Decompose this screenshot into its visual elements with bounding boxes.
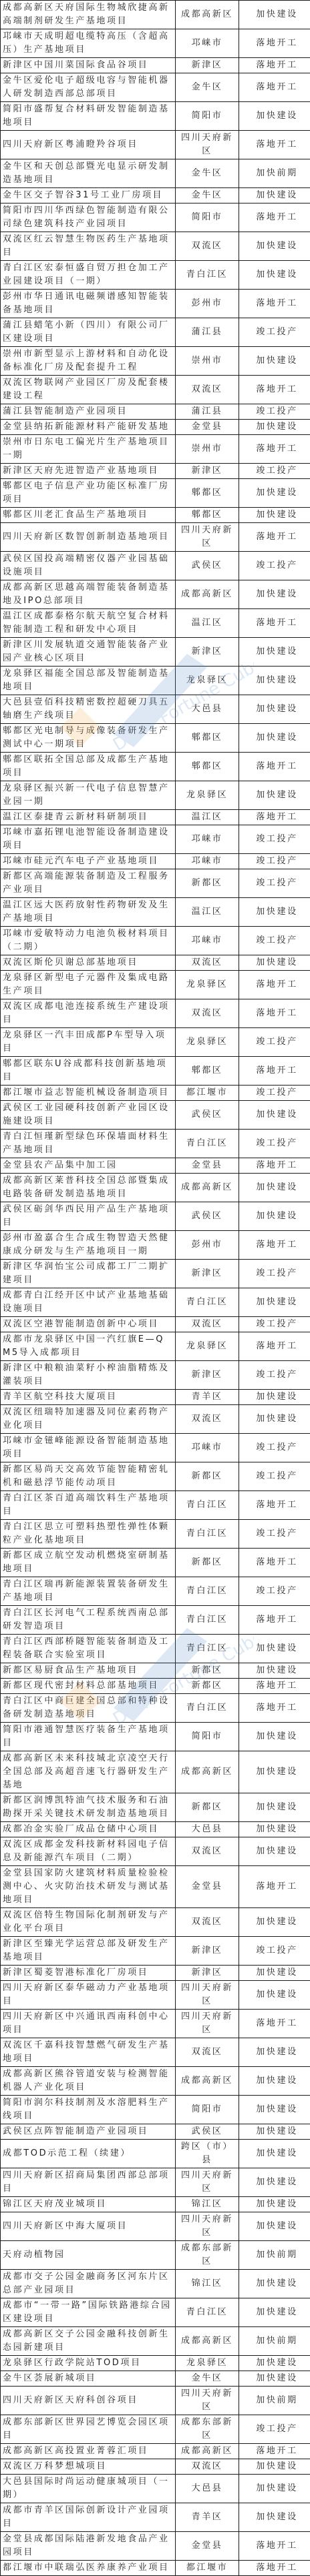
project-name-cell: 金堂县纳拓新能源材料产能研发基地	[1, 420, 176, 435]
project-name-cell: 简阳市四川华西绿色智能制造有限公司绿色建筑科技产业园项目	[1, 203, 176, 232]
district-cell: 新津区	[176, 58, 239, 73]
project-name-cell: 成都市交子公园金融商务区河东片区总部产业园项目	[1, 2270, 176, 2298]
table-row: 成都青白江经开区中试产业基地基础设施项目青白江区加快建设	[1, 1288, 310, 1317]
table-row: 简阳市润尔科技制剂及水溶肥料生产线项目简阳市加快建设	[1, 2096, 310, 2124]
table-row: 金牛区爱伦电子超级电容与智能机器人研发制造西部总部项目金牛区落地开工	[1, 73, 310, 102]
district-cell: 大邑县	[176, 695, 239, 724]
district-cell: 金牛区	[176, 159, 239, 188]
project-name-cell: 金堂县农产品集中加工园	[1, 1158, 176, 1174]
table-row: 武侯区国投高端精密仪器产业园基础设施项目武侯区竣工投产	[1, 552, 310, 580]
table-row: 崇州市新型显示上游材料和自动化设备标准化厂房及配套提升工程崇州市加快建设	[1, 347, 310, 376]
table-row: 新都区易尚天交高效节能智能精密轧机和磁悬浮节能传动项目新都区竣工投产	[1, 1462, 310, 1491]
table-row: 成都市龙泉驿区中国一汽红旗E—QM5导入成都项目龙泉驿区落地开工	[1, 1332, 310, 1361]
district-cell: 成都东部新区	[176, 2241, 239, 2270]
status-cell: 加快建设	[239, 2270, 310, 2298]
district-cell: 温江区	[176, 898, 239, 927]
project-name-cell: 龙泉驿区福能全国总部及智能制造基地项目	[1, 667, 176, 695]
table-row: 双流区千嘉科技智慧燃气研发生产基地项目双流区加快建设	[1, 2038, 310, 2067]
status-cell: 加快建设	[239, 724, 310, 753]
status-cell: 竣工投产	[239, 552, 310, 580]
project-name-cell: 四川天府新区招商局集团西部总部项目	[1, 2168, 176, 2197]
district-cell: 蒲江县	[176, 404, 239, 420]
table-row: 四川天府新区中兴通讯西南科创中心项目四川天府新区落地开工	[1, 2010, 310, 2038]
district-cell: 双流区	[176, 1908, 239, 1937]
project-name-cell: 龙泉驿区新型电子元器件及集成电路生产项目	[1, 971, 176, 999]
project-name-cell: 崇州市新型显示上游材料和自动化设备标准化厂房及配套提升工程	[1, 347, 176, 376]
status-cell: 竣工投产	[239, 854, 310, 869]
project-name-cell: 新都区易厨食品生产基地项目	[1, 1663, 176, 1679]
district-cell: 双流区	[176, 1317, 239, 1332]
project-name-cell: 锦江区天府茂业城项目	[1, 2197, 176, 2212]
status-cell: 落地开工	[239, 1332, 310, 1361]
status-cell: 落地开工	[239, 2532, 310, 2561]
table-row: 彭州市盈嘉合生合成生物智造天然健康成分研发与生产基地项目一期彭州市落地开工	[1, 1231, 310, 1260]
status-cell: 落地开工	[239, 73, 310, 102]
district-cell: 跨区（市）县	[176, 2140, 239, 2168]
table-row: 四川天府新区招商局集团西部总部项目四川天府新区加快建设	[1, 2168, 310, 2197]
status-cell: 加快建设	[239, 420, 310, 435]
district-cell: 新都区	[176, 1679, 239, 1694]
project-name-cell: 青白江区中商巨建全国总部和特种设备研发制造基地项目	[1, 1694, 176, 1723]
status-cell: 加快建设	[239, 2067, 310, 2096]
status-cell: 竣工投产	[239, 1130, 310, 1158]
status-cell: 竣工投产	[239, 1086, 310, 1101]
status-cell: 加快建设	[239, 1908, 310, 1937]
project-name-cell: 成都高新区莱普科技全国总部暨集成电路装备研发制造基地项目	[1, 1174, 176, 1202]
project-name-cell: 大邑县国际时尚运动健康城项目（一期）	[1, 2475, 176, 2503]
district-cell: 四川天府新区	[176, 2387, 239, 2415]
table-row: 武侯区工业园硬科技创新产业园区设施建设项目武侯区加快建设	[1, 1101, 310, 1130]
project-name-cell: 简阳市港通智慧医疗装备生产基地项目	[1, 1723, 176, 1751]
project-name-cell: 青白江区思立可塑料热塑性弹性体颗粒产业化基地项目	[1, 1520, 176, 1549]
project-name-cell: 四川天府新区天府科创谷项目	[1, 2387, 176, 2415]
project-table: 成都高新区天府国际生物城欣捷高新高端制剂研发生产基地项目成都高新区加快建设邛崃市…	[0, 0, 310, 2576]
project-name-cell: 郫都区联东U谷成都科技创新基地项目	[1, 1057, 176, 1086]
district-cell: 新都区	[176, 1663, 239, 1679]
table-row: 龙泉驿区福能全国总部及智能制造基地项目龙泉驿区加快建设	[1, 667, 310, 695]
table-row: 青羊区航空科技大厦项目青羊区加快建设	[1, 1390, 310, 1405]
district-cell: 崇州市	[176, 435, 239, 464]
district-cell: 青白江区	[176, 1635, 239, 1663]
status-cell: 竣工投产	[239, 464, 310, 479]
district-cell: 温江区	[176, 810, 239, 825]
status-cell: 加快建设	[239, 580, 310, 609]
table-row: 新都区现代密封材料总部基地项目新都区落地开工	[1, 1679, 310, 1694]
project-name-cell: 温江区远大医药放射性药物研发及生产基地项目	[1, 898, 176, 927]
district-cell: 新津区	[176, 1361, 239, 1390]
project-name-cell: 双流区成都电池连接系统生产建设项目	[1, 999, 176, 1028]
district-cell: 青白江区	[176, 2298, 239, 2327]
district-cell: 简阳市	[176, 1723, 239, 1751]
project-name-cell: 温江区成都泰格尔航天航空复合材料智能制造工程和研发中心项目	[1, 609, 176, 638]
status-cell: 竣工投产	[239, 318, 310, 347]
project-name-cell: 成都高新区交子公园金融科技创新生态园新建项目	[1, 2327, 176, 2356]
project-name-cell: 青白江区长河电气工程系统西南总部研发智造项目	[1, 1606, 176, 1635]
district-cell: 双流区	[176, 999, 239, 1028]
table-row: 金堂县农产品集中加工园金堂县落地开工	[1, 1158, 310, 1174]
table-row: 双流区万科梦想城项目双流区加快建设	[1, 2459, 310, 2475]
project-name-cell: 新都区润博凯特油气技术服务和石油勘探开采关键技术研发制造基地项目	[1, 1793, 176, 1822]
project-name-cell: 天府动植物园	[1, 2241, 176, 2270]
status-cell: 加快建设	[239, 955, 310, 971]
district-cell: 武侯区	[176, 1202, 239, 1231]
district-cell: 蒲江县	[176, 318, 239, 347]
district-cell: 金牛区	[176, 73, 239, 102]
district-cell: 简阳市	[176, 2096, 239, 2124]
district-cell: 简阳市	[176, 203, 239, 232]
table-row: 郫都区光电制导与成像装备研发生产测试中心一期项目郫都区加快建设	[1, 724, 310, 753]
status-cell: 落地开工	[239, 131, 310, 159]
table-row: 崇州市日东电工偏光片生产基地项目一期崇州市落地开工	[1, 435, 310, 464]
project-name-cell: 青羊区航空科技大厦项目	[1, 1390, 176, 1405]
status-cell: 落地开工	[239, 1679, 310, 1694]
project-name-cell: 青白江区茶百道高端饮料生产基地项目	[1, 1491, 176, 1520]
district-cell: 郫都区	[176, 508, 239, 523]
table-row: 邛崃市硅元汽车电子产业基地项目邛崃市竣工投产	[1, 854, 310, 869]
table-row: 青白江区长河电气工程系统西南总部研发智造项目青白江区落地开工	[1, 1606, 310, 1635]
district-cell: 四川天府新区	[176, 2168, 239, 2197]
district-cell: 大邑县	[176, 2475, 239, 2503]
table-row: 成都高新区思越高端智能装备制造基地及IPO总部项目成都高新区加快建设	[1, 580, 310, 609]
district-cell: 成都高新区	[176, 2327, 239, 2356]
district-cell: 金牛区	[176, 2371, 239, 2387]
status-cell: 落地开工	[239, 1231, 310, 1260]
district-cell: 金堂县	[176, 1158, 239, 1174]
status-cell: 落地开工	[239, 2010, 310, 2038]
project-name-cell: 武侯区国投高端精密仪器产业园基础设施项目	[1, 552, 176, 580]
status-cell: 加快建设	[239, 1390, 310, 1405]
table-row: 郫都区联东U谷成都科技创新基地项目郫都区落地开工	[1, 1057, 310, 1086]
district-cell: 龙泉驿区	[176, 781, 239, 810]
district-cell: 成都高新区	[176, 2444, 239, 2459]
district-cell: 双流区	[176, 955, 239, 971]
table-row: 郫都区联拓全国总部及成都生产基地项目郫都区落地开工	[1, 753, 310, 781]
table-row: 金堂县国家防火建筑材料质量检验检测中心、火灾防治技术研发与测试基地项目金堂县落地…	[1, 1866, 310, 1908]
table-row: 新津区华润怡宝公司成都工厂二期扩建项目新津区竣工投产	[1, 1260, 310, 1288]
project-name-cell: 邛崃市嘉拓锂电池智能设备制造建设项目	[1, 825, 176, 854]
table-row: 金牛区和天创总部暨光电显示研发制造基地项目金牛区加快前期	[1, 159, 310, 188]
status-cell: 加快建设	[239, 2212, 310, 2241]
district-cell: 新都区	[176, 1793, 239, 1822]
district-cell: 成都高新区	[176, 2067, 239, 2096]
table-row: 邛崃市嘉拓锂电池智能设备制造建设项目邛崃市竣工投产	[1, 825, 310, 854]
district-cell: 青白江区	[176, 1520, 239, 1549]
status-cell: 加快建设	[239, 1288, 310, 1317]
status-cell: 竣工投产	[239, 1317, 310, 1332]
project-name-cell: 新津区川发展轨道交通智能装备产业园产业核心区项目	[1, 638, 176, 667]
project-name-cell: 金牛区交子智谷31号工业厂房项目	[1, 188, 176, 203]
district-cell: 成都高新区	[176, 1174, 239, 1202]
project-name-cell: 邛崃市金镃峰能源设备智能制造基地项目	[1, 1434, 176, 1462]
project-name-cell: 金牛区和天创总部暨光电显示研发制造基地项目	[1, 159, 176, 188]
project-name-cell: 武侯区砺剑华西民用产品生产基地项目	[1, 1202, 176, 1231]
table-row: 温江区成都泰格尔航天航空复合材料智能制造工程和研发中心项目温江区落地开工	[1, 609, 310, 638]
project-name-cell: 龙泉驿区一汽丰田成都P车型导入项目	[1, 1028, 176, 1057]
status-cell: 加快建设	[239, 2197, 310, 2212]
project-name-cell: 成都高新区思越高端智能装备制造基地及IPO总部项目	[1, 580, 176, 609]
status-cell: 落地开工	[239, 2561, 310, 2576]
table-row: 金堂县成都国际陆港新发地食品产业园项目金堂县落地开工	[1, 2532, 310, 2561]
status-cell: 加快建设	[239, 1822, 310, 1837]
district-cell: 新津区	[176, 1937, 239, 1966]
district-cell: 成都高新区	[176, 580, 239, 609]
status-cell: 竣工投产	[239, 1260, 310, 1288]
project-name-cell: 双流区成都金发科技新材料园电子信息及新能源汽车项目（二期）	[1, 1837, 176, 1866]
project-name-cell: 邛崃市爱敏特动力电池负极材料项目（二期）	[1, 927, 176, 955]
district-cell: 都江堰市	[176, 1086, 239, 1101]
project-name-cell: 双流区倍特生物国际化制剂研发与产业化平台项目	[1, 1908, 176, 1937]
status-cell: 加快建设	[239, 1723, 310, 1751]
district-cell: 龙泉驿区	[176, 667, 239, 695]
table-row: 成都高新区未来科技城北京凌空天行全国总部及高超音速飞行器研发生产基地成都高新区加…	[1, 1751, 310, 1793]
table-row: 青白江恒瑾新型绿色环保墙面材料生产基地项目青白江区竣工投产	[1, 1130, 310, 1158]
district-cell: 新都区	[176, 869, 239, 898]
table-row: 简阳市盛帮复合材料研发智能制造基地项目简阳市加快建设	[1, 102, 310, 131]
table-row: 天府动植物园成都东部新区加快前期	[1, 2241, 310, 2270]
status-cell: 加快建设	[239, 1793, 310, 1822]
table-row: 双流区纽瑞特加速器及同位素药物产业化项目双流区加快建设	[1, 1405, 310, 1434]
table-row: 邛崃市天成明超电缆特高压（含超高压）生产基地项目邛崃市落地开工	[1, 29, 310, 58]
status-cell: 加快建设	[239, 1, 310, 29]
district-cell: 金堂县	[176, 1866, 239, 1908]
status-cell: 加快前期	[239, 159, 310, 188]
status-cell: 加快建设	[239, 261, 310, 290]
project-name-cell: 成都市龙泉驿区中国一汽红旗E—QM5导入成都项目	[1, 1332, 176, 1361]
status-cell: 加快建设	[239, 1635, 310, 1663]
project-name-cell: 四川天府新区粤浦瞪羚谷项目	[1, 131, 176, 159]
project-name-cell: 新都区现代密封材料总部基地项目	[1, 1679, 176, 1694]
table-row: 新津区至臻光学运营总部及研发生产基地项目新津区竣工投产	[1, 1937, 310, 1966]
table-row: 双流区成都金发科技新材料园电子信息及新能源汽车项目（二期）双流区加快建设	[1, 1837, 310, 1866]
status-cell: 加快建设	[239, 1751, 310, 1793]
status-cell: 落地开工	[239, 290, 310, 318]
status-cell: 加快前期	[239, 2241, 310, 2270]
status-cell: 竣工投产	[239, 1520, 310, 1549]
table-row: 金牛区交子智谷31号工业厂房项目金牛区加快建设	[1, 188, 310, 203]
project-name-cell: 成都TOD示范工程（续建）	[1, 2140, 176, 2168]
status-cell: 加快建设	[239, 2038, 310, 2067]
table-row: 四川天府新区中海大厦项目四川天府新区加快建设	[1, 2212, 310, 2241]
project-name-cell: 郫都区川老汇食品生产基地项目	[1, 508, 176, 523]
project-table-body: 成都高新区天府国际生物城欣捷高新高端制剂研发生产基地项目成都高新区加快建设邛崃市…	[1, 1, 310, 2576]
project-name-cell: 青白江区西部桥隧智能装备制造及工程装备联合实验室项目	[1, 1635, 176, 1663]
table-row: 温江区泰捷青云新材料研制项目温江区落地开工	[1, 810, 310, 825]
table-row: 郫都区电子信息产业功能区标准厂房项目郫都区加快建设	[1, 479, 310, 508]
table-row: 成都东部新区世界园艺博览会园区项目成都东部新区竣工投产	[1, 2415, 310, 2444]
table-row: 锦江区天府茂业城项目锦江区加快建设	[1, 2197, 310, 2212]
status-cell: 落地开工	[239, 1057, 310, 1086]
project-name-cell: 新都区易尚天交高效节能智能精密轧机和磁悬浮节能传动项目	[1, 1462, 176, 1491]
table-row: 成都高新区莱普科技全国总部暨集成电路装备研发制造基地项目成都高新区加快建设	[1, 1174, 310, 1202]
district-cell: 青白江区	[176, 261, 239, 290]
district-cell: 双流区	[176, 376, 239, 404]
district-cell: 成都高新区	[176, 1751, 239, 1793]
project-name-cell: 龙泉驿区振兴新一代电子信息智慧产业园一期	[1, 781, 176, 810]
project-name-cell: 简阳市润尔科技制剂及水溶肥料生产线项目	[1, 2096, 176, 2124]
status-cell: 加快建设	[239, 1663, 310, 1679]
project-name-cell: 双流区空港智能制造创新中心项目	[1, 1317, 176, 1332]
district-cell: 金堂县	[176, 420, 239, 435]
district-cell: 武侯区	[176, 2124, 239, 2140]
status-cell: 落地开工	[239, 810, 310, 825]
status-cell: 加快建设	[239, 1405, 310, 1434]
project-name-cell: 都江堰市中联瑞弘医养康养产业项目	[1, 2561, 176, 2576]
project-name-cell: 四川天府新区中海大厦项目	[1, 2212, 176, 2241]
status-cell: 加快建设	[239, 898, 310, 927]
status-cell: 加快建设	[239, 479, 310, 508]
project-name-cell: 蒲江县蜡笔小新（四川）有限公司厂区建设项目	[1, 318, 176, 347]
table-row: 新都区成立航空发动机燃烧室研制基地项目新都区落地开工	[1, 1549, 310, 1577]
district-cell: 四川天府新区	[176, 131, 239, 159]
table-row: 龙泉驿区新型电子元器件及集成电路生产项目龙泉驿区落地开工	[1, 971, 310, 999]
district-cell: 青羊区	[176, 2503, 239, 2532]
table-row: 蒲江县蜡笔小新（四川）有限公司厂区建设项目蒲江县竣工投产	[1, 318, 310, 347]
project-name-cell: 成都市青羊区国际创新设计产业园项目	[1, 2503, 176, 2532]
status-cell: 加快建设	[239, 2298, 310, 2327]
project-name-cell: 新津区中粮粮油菜籽小榨油脂精炼及灌装项目	[1, 1361, 176, 1390]
district-cell: 成都东部新区	[176, 2415, 239, 2444]
district-cell: 锦江区	[176, 2270, 239, 2298]
project-name-cell: 武侯区点阵智能制造产业园项目	[1, 2124, 176, 2140]
district-cell: 邛崃市	[176, 825, 239, 854]
table-row: 新津区蜀菱智港标准化厂房项目新津区加快建设	[1, 1966, 310, 1981]
table-row: 双流区斯伦贝谢总部基地项目双流区加快建设	[1, 955, 310, 971]
district-cell: 新都区	[176, 1462, 239, 1491]
table-row: 龙泉驿区一汽丰田成都P车型导入项目龙泉驿区竣工投产	[1, 1028, 310, 1057]
table-row: 青白江区瑞再新能源装置装备研发生产基地项目青白江区竣工投产	[1, 1577, 310, 1606]
table-row: 成都高新区熊谷管道安装与检测智能机器人产业化项目成都高新区加快建设	[1, 2067, 310, 2096]
district-cell: 郫都区	[176, 479, 239, 508]
district-cell: 新津区	[176, 1966, 239, 1981]
status-cell: 落地开工	[239, 1491, 310, 1520]
status-cell: 落地开工	[239, 376, 310, 404]
project-name-cell: 郫都区电子信息产业功能区标准厂房项目	[1, 479, 176, 508]
status-cell: 加快建设	[239, 2168, 310, 2197]
table-row: 蒲江县智能制造产业园项目蒲江县竣工投产	[1, 404, 310, 420]
district-cell: 四川天府新区	[176, 1981, 239, 2010]
table-row: 武侯区砺剑华西民用产品生产基地项目武侯区加快建设	[1, 1202, 310, 1231]
status-cell: 落地开工	[239, 971, 310, 999]
project-name-cell: 彭州市华日通讯电磁频谱感知智能装备基地项目	[1, 290, 176, 318]
district-cell: 新津区	[176, 1260, 239, 1288]
project-name-cell: 大邑县壹佰科技精密数控超硬刀具五轴磨生产线项目	[1, 695, 176, 724]
status-cell: 加快建设	[239, 1174, 310, 1202]
project-name-cell: 四川天府新区数智创新制造基地项目	[1, 523, 176, 552]
table-row: 金堂县纳拓新能源材料产能研发基地金堂县加快建设	[1, 420, 310, 435]
project-name-cell: 简阳市盛帮复合材料研发智能制造基地项目	[1, 102, 176, 131]
district-cell: 成都高新区	[176, 1, 239, 29]
table-row: 龙泉驿区振兴新一代电子信息智慧产业园一期龙泉驿区加快建设	[1, 781, 310, 810]
status-cell: 落地开工	[239, 203, 310, 232]
status-cell: 加快建设	[239, 638, 310, 667]
district-cell: 金堂县	[176, 2532, 239, 2561]
table-row: 简阳市港通智慧医疗装备生产基地项目简阳市加快建设	[1, 1723, 310, 1751]
status-cell: 落地开工	[239, 1866, 310, 1908]
table-row: 新都区易厨食品生产基地项目新都区加快建设	[1, 1663, 310, 1679]
status-cell: 加快建设	[239, 2140, 310, 2168]
district-cell: 郫都区	[176, 724, 239, 753]
district-cell: 双流区	[176, 1405, 239, 1434]
status-cell: 加快建设	[239, 2475, 310, 2503]
project-name-cell: 崇州市日东电工偏光片生产基地项目一期	[1, 435, 176, 464]
project-name-cell: 成都高新区熊谷管道安装与检测智能机器人产业化项目	[1, 2067, 176, 2096]
district-cell: 青白江区	[176, 1606, 239, 1635]
status-cell: 竣工投产	[239, 1937, 310, 1966]
project-name-cell: 双流区万科梦想城项目	[1, 2459, 176, 2475]
status-cell: 加快建设	[239, 667, 310, 695]
project-name-cell: 金堂县成都国际陆港新发地食品产业园项目	[1, 2532, 176, 2561]
status-cell: 加快建设	[239, 781, 310, 810]
project-name-cell: 金牛区爱伦电子超级电容与智能机器人研发制造西部总部项目	[1, 73, 176, 102]
table-row: 都江堰市益志智能机械设备制造项目都江堰市竣工投产	[1, 1086, 310, 1101]
status-cell: 竣工投产	[239, 927, 310, 955]
table-row: 青白江区宏泰恒盛自贸万担仓加工产业园建设项目（一期）青白江区加快建设	[1, 261, 310, 290]
district-cell: 彭州市	[176, 290, 239, 318]
status-cell: 竣工投产	[239, 404, 310, 420]
status-cell: 落地开工	[239, 1549, 310, 1577]
district-cell: 武侯区	[176, 1101, 239, 1130]
status-cell: 落地开工	[239, 1694, 310, 1723]
project-name-cell: 武侯区工业园硬科技创新产业园区设施建设项目	[1, 1101, 176, 1130]
project-name-cell: 双流区纽瑞特加速器及同位素药物产业化项目	[1, 1405, 176, 1434]
project-name-cell: 双流区红云智慧生物医药生产基地项目	[1, 232, 176, 261]
project-name-cell: 双流区斯伦贝谢总部基地项目	[1, 955, 176, 971]
district-cell: 武侯区	[176, 552, 239, 580]
table-row: 成都市青羊区国际创新设计产业园项目青羊区加快建设	[1, 2503, 310, 2532]
district-cell: 四川天府新区	[176, 523, 239, 552]
table-row: 简阳市四川华西绿色智能制造有限公司绿色建筑科技产业园项目简阳市落地开工	[1, 203, 310, 232]
district-cell: 锦江区	[176, 2197, 239, 2212]
project-name-cell: 金堂县国家防火建筑材料质量检验检测中心、火灾防治技术研发与测试基地项目	[1, 1866, 176, 1908]
project-name-cell: 青白江区宏泰恒盛自贸万担仓加工产业园建设项目（一期）	[1, 261, 176, 290]
district-cell: 龙泉驿区	[176, 2356, 239, 2371]
status-cell: 落地开工	[239, 753, 310, 781]
status-cell: 加快建设	[239, 2459, 310, 2475]
status-cell: 竣工投产	[239, 1462, 310, 1491]
district-cell: 青白江区	[176, 1130, 239, 1158]
table-row: 四川天府新区数智创新制造基地项目四川天府新区落地开工	[1, 523, 310, 552]
project-name-cell: 新津区中国川菜国际食品谷项目	[1, 58, 176, 73]
table-row: 邛崃市金镃峰能源设备智能制造基地项目邛崃市竣工投产	[1, 1434, 310, 1462]
status-cell: 加快前期	[239, 2327, 310, 2356]
project-name-cell: 新都区高端能源装备制造及工程服务产业项目	[1, 869, 176, 898]
project-name-cell: 新津区蜀菱智港标准化厂房项目	[1, 1966, 176, 1981]
table-row: 四川天府新区天府科创谷项目四川天府新区加快前期	[1, 2387, 310, 2415]
project-name-cell: 成都市“一带一路”国际铁路港综合园区建设项目	[1, 2298, 176, 2327]
project-name-cell: 成都高新区高投置业菁蓉汇项目	[1, 2444, 176, 2459]
project-name-cell: 新津区华润怡宝公司成都工厂二期扩建项目	[1, 1260, 176, 1288]
district-cell: 青白江区	[176, 1694, 239, 1723]
district-cell: 邛崃市	[176, 1434, 239, 1462]
project-name-cell: 新津区至臻光学运营总部及研发生产基地项目	[1, 1937, 176, 1966]
project-name-cell: 青白江区瑞再新能源装置装备研发生产基地项目	[1, 1577, 176, 1606]
table-row: 大邑县壹佰科技精密数控超硬刀具五轴磨生产线项目大邑县加快建设	[1, 695, 310, 724]
status-cell: 加快建设	[239, 347, 310, 376]
status-cell: 落地开工	[239, 999, 310, 1028]
project-name-cell: 郫都区联拓全国总部及成都生产基地项目	[1, 753, 176, 781]
district-cell: 双流区	[176, 1837, 239, 1866]
table-row: 青白江区中商巨建全国总部和特种设备研发制造基地项目青白江区落地开工	[1, 1694, 310, 1723]
status-cell: 竣工投产	[239, 1361, 310, 1390]
district-cell: 金牛区	[176, 188, 239, 203]
table-row: 新都区润博凯特油气技术服务和石油勘探开采关键技术研发制造基地项目新都区加快建设	[1, 1793, 310, 1822]
status-cell: 加快建设	[239, 1202, 310, 1231]
district-cell: 双流区	[176, 232, 239, 261]
table-row: 青白江区茶百道高端饮料生产基地项目青白江区落地开工	[1, 1491, 310, 1520]
status-cell: 竣工投产	[239, 1028, 310, 1057]
status-cell: 加快建设	[239, 2356, 310, 2371]
project-name-cell: 郫都区光电制导与成像装备研发生产测试中心一期项目	[1, 724, 176, 753]
